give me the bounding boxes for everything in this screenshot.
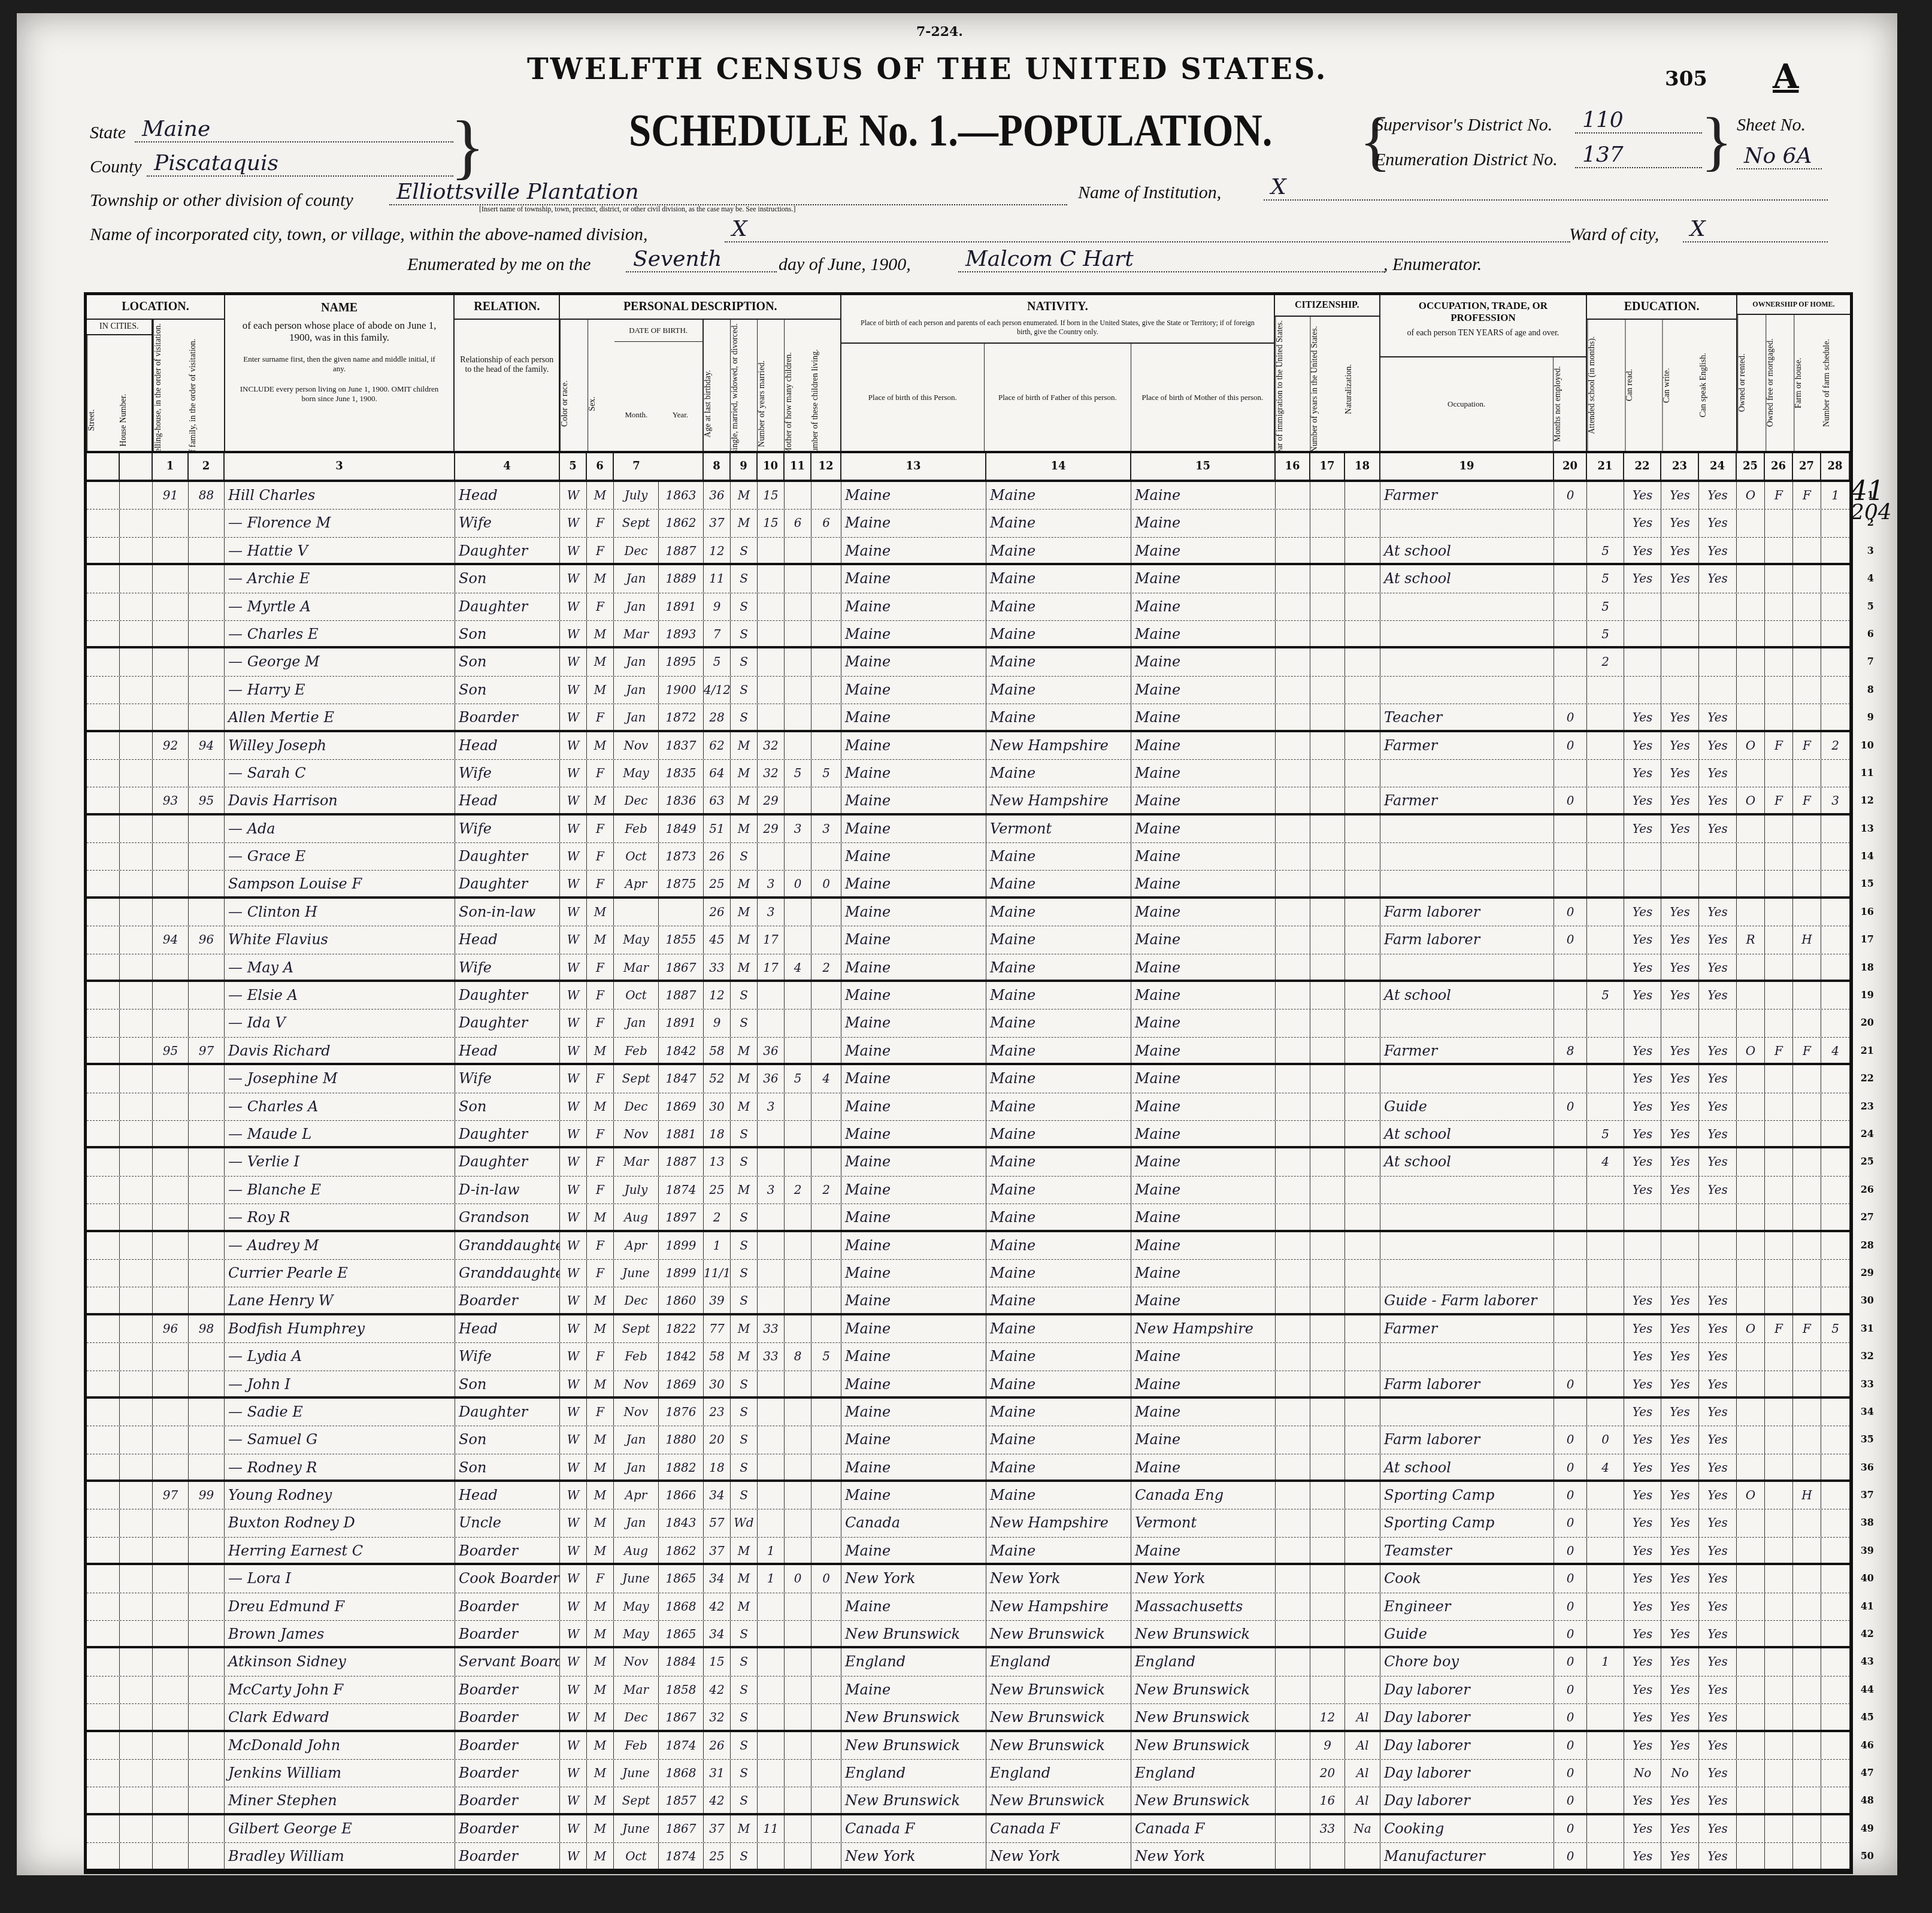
cell-empty — [120, 1399, 153, 1426]
cell-moc — [785, 565, 811, 592]
cell-dw — [153, 760, 189, 787]
cell-year: 1874 — [659, 1843, 704, 1868]
cell-empty — [120, 482, 153, 509]
cell-moc — [785, 1509, 811, 1536]
cell-name: Miner Stephen — [225, 1787, 455, 1812]
cell-sch — [1587, 1732, 1624, 1759]
cell-sch — [1587, 1371, 1624, 1396]
cell-rd: Yes — [1624, 1538, 1661, 1563]
cell-mar: S — [731, 1232, 758, 1259]
cell-rel: Boarder — [455, 1593, 560, 1620]
cell-own — [1737, 1121, 1765, 1146]
cell-cl — [811, 1843, 841, 1868]
cell-bf: Maine — [986, 1538, 1131, 1563]
cell-year: 1887 — [659, 1148, 704, 1175]
cell-fh: F — [1793, 787, 1821, 813]
cell-cl: 0 — [811, 871, 841, 896]
cell-fam — [189, 1232, 225, 1259]
cell-imm — [1276, 593, 1310, 620]
cell-bf: Maine — [986, 871, 1131, 896]
cell-bf: Maine — [986, 704, 1131, 729]
cell-name: — Charles E — [225, 621, 455, 646]
table-row: Herring Earnest CBoarderWMAug186237M1Mai… — [87, 1538, 1850, 1565]
cell-name: Allen Mertie E — [225, 704, 455, 729]
cell-dw: 93 — [153, 787, 189, 813]
cell-occ: Day laborer — [1380, 1732, 1554, 1759]
cell-name: — Blanche E — [225, 1177, 455, 1203]
cell-empty — [120, 1287, 153, 1312]
cell-month: Jan — [614, 1454, 659, 1480]
cell-free — [1765, 593, 1793, 620]
cell-year: 1887 — [659, 982, 704, 1009]
cell-own — [1737, 1399, 1765, 1426]
cell-sp: Yes — [1699, 1565, 1737, 1592]
table-row: — George MSonWMJan18955SMaineMaineMaine2… — [87, 648, 1850, 676]
cell-month: June — [614, 1260, 659, 1287]
cell-own — [1737, 704, 1765, 729]
row-number: 7 — [1867, 656, 1874, 667]
row-number: 50 — [1861, 1850, 1874, 1862]
cell-occ: Engineer — [1380, 1593, 1554, 1620]
cell-nat — [1345, 565, 1380, 592]
cell-cl — [811, 1482, 841, 1509]
cell-dw — [153, 982, 189, 1009]
cell-age: 9 — [704, 1009, 731, 1036]
row-number: 49 — [1861, 1823, 1874, 1834]
row-number: 35 — [1861, 1433, 1874, 1445]
column-number: 28 — [1821, 453, 1850, 480]
cell-bm: Maine — [1131, 538, 1276, 563]
cell-year: 1822 — [659, 1315, 704, 1342]
cell-fam — [189, 954, 225, 980]
cell-sex: M — [587, 1093, 614, 1120]
cell-ym — [758, 1009, 785, 1036]
cell-sp: Yes — [1699, 1621, 1737, 1646]
cell-sex: F — [587, 871, 614, 896]
cell-occ: Farm laborer — [1380, 899, 1554, 926]
cell-yus — [1310, 899, 1345, 926]
cell-fam — [189, 1260, 225, 1287]
cell-dw — [153, 1260, 189, 1287]
cell-rel: Grandson — [455, 1204, 560, 1229]
cell-bp: Maine — [841, 1482, 986, 1509]
cell-month: Nov — [614, 1648, 659, 1675]
cell-imm — [1276, 787, 1310, 813]
cell-sp — [1699, 1204, 1737, 1229]
cell-bm: New Brunswick — [1131, 1676, 1276, 1703]
cell-sex: M — [587, 1426, 614, 1453]
cell-fh — [1793, 1065, 1821, 1092]
row-number: 43 — [1861, 1656, 1874, 1667]
cell-sch — [1587, 1093, 1624, 1120]
cell-own — [1737, 1621, 1765, 1646]
cell-bm: Maine — [1131, 1232, 1276, 1259]
cell-mu — [1554, 1399, 1587, 1426]
cell-moc — [785, 1621, 811, 1646]
cell-mu — [1554, 565, 1587, 592]
table-row: — Ida VDaughterWFJan18919SMaineMaineMain… — [87, 1009, 1850, 1037]
cell-imm — [1276, 1148, 1310, 1175]
cell-age: 26 — [704, 843, 731, 870]
cell-fh — [1793, 899, 1821, 926]
cell-year: 1874 — [659, 1177, 704, 1203]
cell-fam — [189, 1621, 225, 1646]
cell-sex: M — [587, 1732, 614, 1759]
cell-cl — [811, 1204, 841, 1229]
cell-sex: F — [587, 982, 614, 1009]
cell-name: Brown James — [225, 1621, 455, 1646]
cell-age: 18 — [704, 1454, 731, 1480]
cell-bf: Maine — [986, 565, 1131, 592]
cell-moc — [785, 1676, 811, 1703]
table-row: — Grace EDaughterWFOct187326SMaineMaineM… — [87, 843, 1850, 871]
column-number: 12 — [811, 453, 841, 480]
cell-name: — Florence M — [225, 510, 455, 536]
cell-sex: M — [587, 482, 614, 509]
cell-moc — [785, 1815, 811, 1842]
cell-month: Dec — [614, 1093, 659, 1120]
cell-name: — Sarah C — [225, 760, 455, 787]
cell-bf: Maine — [986, 843, 1131, 870]
cell-nat — [1345, 1121, 1380, 1146]
cell-bp: Maine — [841, 1260, 986, 1287]
cell-mar: S — [731, 1621, 758, 1646]
cell-fam — [189, 1065, 225, 1092]
cell-fs — [1821, 648, 1850, 675]
cell-mu: 0 — [1554, 1093, 1587, 1120]
cell-age: 39 — [704, 1287, 731, 1312]
cell-free — [1765, 1454, 1793, 1480]
cell-empty — [87, 1177, 120, 1203]
cell-name: — Audrey M — [225, 1232, 455, 1259]
cell-fs — [1821, 1287, 1850, 1312]
cell-yus — [1310, 1204, 1345, 1229]
cell-name: Young Rodney — [225, 1482, 455, 1509]
cell-bp: Canada — [841, 1509, 986, 1536]
cell-occ: Guide — [1380, 1621, 1554, 1646]
cell-mar: S — [731, 1121, 758, 1146]
cell-empty — [87, 1148, 120, 1175]
cell-free — [1765, 1565, 1793, 1592]
cell-mu: 0 — [1554, 1760, 1587, 1787]
cell-age: 12 — [704, 538, 731, 563]
cell-rel: Boarder — [455, 1787, 560, 1812]
cell-empty — [120, 1621, 153, 1646]
cell-cl — [811, 1315, 841, 1342]
cell-mu: 0 — [1554, 732, 1587, 759]
cell-name: — Charles A — [225, 1093, 455, 1120]
cell-rel: Daughter — [455, 1148, 560, 1175]
cell-age: 64 — [704, 760, 731, 787]
cell-nat: Na — [1345, 1815, 1380, 1842]
cell-moc: 4 — [785, 954, 811, 980]
cell-bf: Maine — [986, 1287, 1131, 1312]
cell-rd: Yes — [1624, 704, 1661, 729]
cell-month: Mar — [614, 1676, 659, 1703]
cell-mar: S — [731, 1482, 758, 1509]
cell-bp: England — [841, 1760, 986, 1787]
cell-cl: 0 — [811, 1565, 841, 1592]
cell-sp — [1699, 1009, 1737, 1036]
row-number: 44 — [1861, 1684, 1874, 1695]
cell-ym — [758, 1287, 785, 1312]
cell-free: F — [1765, 482, 1793, 509]
township-label: Township or other division of county — [90, 190, 353, 211]
cell-bf: Maine — [986, 760, 1131, 787]
cell-dw — [153, 1538, 189, 1563]
cell-age: 62 — [704, 732, 731, 759]
cell-name: — Hattie V — [225, 538, 455, 563]
cell-color: W — [560, 1426, 587, 1453]
cell-fs — [1821, 1787, 1850, 1812]
cell-age: 12 — [704, 982, 731, 1009]
cell-imm — [1276, 732, 1310, 759]
cell-mu: 0 — [1554, 704, 1587, 729]
cell-dw — [153, 704, 189, 729]
cell-moc — [785, 1260, 811, 1287]
cell-dw: 97 — [153, 1482, 189, 1509]
cell-year: 1891 — [659, 593, 704, 620]
cell-month: Nov — [614, 732, 659, 759]
cell-ym: 11 — [758, 1815, 785, 1842]
cell-yus: 16 — [1310, 1787, 1345, 1812]
cell-age: 34 — [704, 1565, 731, 1592]
cell-cl — [811, 1454, 841, 1480]
cell-nat — [1345, 1371, 1380, 1396]
column-number: 3 — [225, 453, 455, 480]
cell-own — [1737, 1565, 1765, 1592]
cell-fam — [189, 1148, 225, 1175]
cell-age: 26 — [704, 1732, 731, 1759]
cell-yus: 20 — [1310, 1760, 1345, 1787]
cell-fam — [189, 593, 225, 620]
cell-wr: Yes — [1661, 1565, 1699, 1592]
cell-color: W — [560, 1538, 587, 1563]
cell-month: Aug — [614, 1538, 659, 1563]
cell-fs — [1821, 510, 1850, 536]
cell-fam — [189, 1593, 225, 1620]
cell-year: 1868 — [659, 1760, 704, 1787]
cell-cl — [811, 621, 841, 646]
cell-cl — [811, 1538, 841, 1563]
cell-sex: M — [587, 1621, 614, 1646]
cell-fs: 4 — [1821, 1038, 1850, 1063]
cell-imm — [1276, 843, 1310, 870]
cell-dw — [153, 871, 189, 896]
cell-sex: F — [587, 1009, 614, 1036]
cell-rd: Yes — [1624, 1065, 1661, 1092]
cell-fam — [189, 1371, 225, 1396]
cell-mu: 0 — [1554, 1732, 1587, 1759]
cell-wr — [1661, 843, 1699, 870]
cell-bm: Maine — [1131, 510, 1276, 536]
cell-cl — [811, 677, 841, 704]
cell-mar: M — [731, 1343, 758, 1370]
cell-free — [1765, 871, 1793, 896]
cell-ym: 1 — [758, 1565, 785, 1592]
sheet-label: Sheet No. — [1737, 115, 1806, 135]
cell-nat — [1345, 1482, 1380, 1509]
cell-wr: Yes — [1661, 1704, 1699, 1729]
cell-bm: Canada Eng — [1131, 1482, 1276, 1509]
cell-name: — Archie E — [225, 565, 455, 592]
cell-nat — [1345, 1065, 1380, 1092]
cell-mar: S — [731, 1843, 758, 1868]
cell-color: W — [560, 760, 587, 787]
cell-nat — [1345, 1454, 1380, 1480]
cell-year: 1855 — [659, 926, 704, 953]
cell-sex: F — [587, 954, 614, 980]
cell-sch — [1587, 1260, 1624, 1287]
cell-sch — [1587, 677, 1624, 704]
cell-bf: Maine — [986, 1177, 1131, 1203]
cell-dw — [153, 1426, 189, 1453]
cell-fam — [189, 1565, 225, 1592]
cell-fh: F — [1793, 732, 1821, 759]
table-row: — Verlie IDaughterWFMar188713SMaineMaine… — [87, 1148, 1850, 1176]
row-number: 11 — [1861, 767, 1874, 778]
table-row: — Hattie VDaughterWFDec188712SMaineMaine… — [87, 538, 1850, 565]
cell-yus — [1310, 1287, 1345, 1312]
cell-year: 1881 — [659, 1121, 704, 1146]
cell-wr: Yes — [1661, 704, 1699, 729]
cell-fs — [1821, 843, 1850, 870]
cell-empty — [120, 593, 153, 620]
cell-rd — [1624, 1260, 1661, 1287]
cell-cl — [811, 1704, 841, 1729]
cell-sch — [1587, 787, 1624, 813]
cell-bp: Maine — [841, 1287, 986, 1312]
cell-bm: Maine — [1131, 648, 1276, 675]
cell-mu — [1554, 1343, 1587, 1370]
institution-value: X — [1264, 175, 1828, 201]
cell-rd: Yes — [1624, 1676, 1661, 1703]
cell-fs — [1821, 1177, 1850, 1203]
cell-fs — [1821, 1732, 1850, 1759]
cell-yus — [1310, 1538, 1345, 1563]
cell-yus — [1310, 760, 1345, 787]
cell-wr: Yes — [1661, 1426, 1699, 1453]
cell-yus — [1310, 1093, 1345, 1120]
cell-bf: Maine — [986, 621, 1131, 646]
cell-fh — [1793, 621, 1821, 646]
cell-age: 30 — [704, 1371, 731, 1396]
cell-sex: M — [587, 787, 614, 813]
cell-bf: Canada F — [986, 1815, 1131, 1842]
cell-sp: Yes — [1699, 899, 1737, 926]
cell-bf: Maine — [986, 1065, 1131, 1092]
cell-fam — [189, 1648, 225, 1675]
cell-mu: 8 — [1554, 1038, 1587, 1063]
cell-year: 1875 — [659, 871, 704, 896]
cell-empty — [120, 1676, 153, 1703]
cell-yus — [1310, 1843, 1345, 1868]
cell-bf: Maine — [986, 1454, 1131, 1480]
cell-rd: Yes — [1624, 899, 1661, 926]
cell-fs — [1821, 1343, 1850, 1370]
cell-empty — [87, 1065, 120, 1092]
cell-dw — [153, 1565, 189, 1592]
cell-bp: Maine — [841, 1232, 986, 1259]
cell-occ — [1380, 815, 1554, 842]
cell-sp: Yes — [1699, 1787, 1737, 1812]
cell-rd: Yes — [1624, 1787, 1661, 1812]
table-row: Gilbert George EBoarderWMJune186737M11Ca… — [87, 1815, 1850, 1843]
cell-age: 4/12 — [704, 677, 731, 704]
cell-occ — [1380, 1260, 1554, 1287]
cell-age: 32 — [704, 1704, 731, 1729]
cell-month: Jan — [614, 565, 659, 592]
cell-sp — [1699, 677, 1737, 704]
cell-fh — [1793, 815, 1821, 842]
cell-fs — [1821, 704, 1850, 729]
cell-bm: Maine — [1131, 815, 1276, 842]
table-row: — Sarah CWifeWFMay183564M3255MaineMaineM… — [87, 760, 1850, 787]
cell-sp: Yes — [1699, 1343, 1737, 1370]
cell-free: F — [1765, 1038, 1793, 1063]
cell-empty — [87, 1565, 120, 1592]
cell-color: W — [560, 1232, 587, 1259]
cell-rel: Son — [455, 1093, 560, 1120]
cell-sex: F — [587, 704, 614, 729]
cell-empty — [120, 1371, 153, 1396]
cell-name: — Lora I — [225, 1565, 455, 1592]
cell-nat — [1345, 1093, 1380, 1120]
cell-occ: At school — [1380, 982, 1554, 1009]
cell-age: 25 — [704, 1177, 731, 1203]
cell-mu: 0 — [1554, 1538, 1587, 1563]
cell-ym: 1 — [758, 1538, 785, 1563]
cell-fs — [1821, 1371, 1850, 1396]
row-number: 27 — [1861, 1211, 1874, 1223]
cell-sp — [1699, 621, 1737, 646]
cell-dw — [153, 843, 189, 870]
cell-rd — [1624, 843, 1661, 870]
cell-rel: Head — [455, 1315, 560, 1342]
cell-cl — [811, 1426, 841, 1453]
cell-nat — [1345, 787, 1380, 813]
cell-month: June — [614, 1760, 659, 1787]
cell-moc — [785, 1204, 811, 1229]
cell-sex: M — [587, 1287, 614, 1312]
cell-own — [1737, 1815, 1765, 1842]
column-number: 1 — [153, 453, 189, 480]
cell-imm — [1276, 1538, 1310, 1563]
cell-ym: 3 — [758, 1177, 785, 1203]
cell-moc: 8 — [785, 1343, 811, 1370]
cell-sch — [1587, 1204, 1624, 1229]
cell-yus — [1310, 732, 1345, 759]
cell-empty — [120, 1732, 153, 1759]
cell-mu: 0 — [1554, 1843, 1587, 1868]
cell-color: W — [560, 1260, 587, 1287]
cell-name: — Samuel G — [225, 1426, 455, 1453]
cell-fs — [1821, 1538, 1850, 1563]
cell-name: — Sadie E — [225, 1399, 455, 1426]
cell-moc — [785, 1843, 811, 1868]
cell-wr — [1661, 648, 1699, 675]
cell-dw — [153, 621, 189, 646]
cell-nat — [1345, 538, 1380, 563]
cell-fam: 97 — [189, 1038, 225, 1063]
cell-age: 11/12 — [704, 1260, 731, 1287]
cell-dw — [153, 1121, 189, 1146]
cell-empty — [120, 648, 153, 675]
cell-age: 30 — [704, 1093, 731, 1120]
cell-rel: Son — [455, 1371, 560, 1396]
cell-free — [1765, 1232, 1793, 1259]
cell-imm — [1276, 1676, 1310, 1703]
